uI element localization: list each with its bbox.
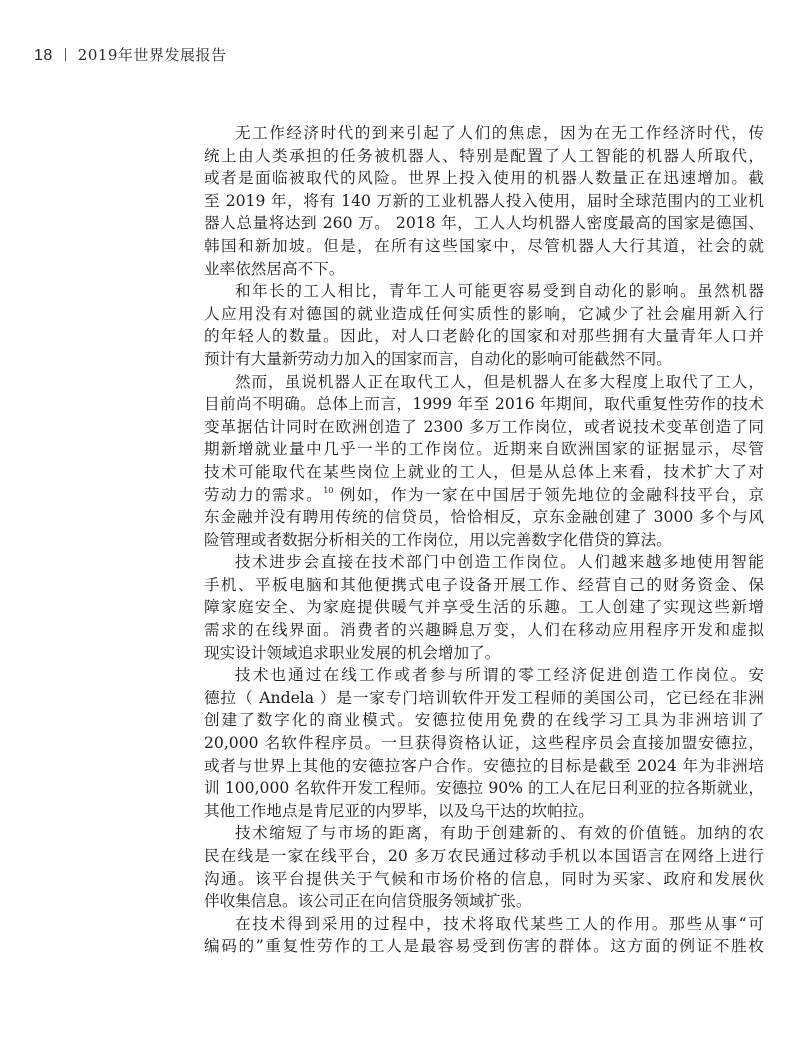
text-line: 技术进步会直接在技术部门中创造工作岗位。人们越来越多地使用智能 <box>204 551 764 574</box>
text-line: 编码的”重复性劳作的工人是最容易受到伤害的群体。这方面的例证不胜枚 <box>204 935 764 958</box>
text-line: 技术缩短了与市场的距离，有助于创建新的、有效的价值链。加纳的农 <box>204 822 764 845</box>
text-line: 20,000 名软件程序员。一旦获得资格认证，这些程序员会直接加盟安德拉， <box>204 732 764 755</box>
text-line: 和年长的工人相比，青年工人可能更容易受到自动化的影响。虽然机器 <box>204 280 764 303</box>
text-line: 德拉（ Andela ）是一家专门培训软件开发工程师的美国公司，它已经在非洲 <box>204 687 764 710</box>
running-header: 182019年世界发展报告 <box>34 44 226 65</box>
paragraph-6: 技术缩短了与市场的距离，有助于创建新的、有效的价值链。加纳的农 民在线是一家在线… <box>204 822 764 912</box>
text-line: 技术也通过在线工作或者参与所谓的零工经济促进创造工作岗位。安 <box>204 664 764 687</box>
text-line: 其他工作地点是肯尼亚的内罗毕，以及乌干达的坎帕拉。 <box>204 800 764 823</box>
text-line: 障家庭安全、为家庭提供暖气并享受生活的乐趣。工人创建了实现这些新增 <box>204 596 764 619</box>
text-line: 技术可能取代在某些岗位上就业的工人，但是从总体上来看，技术扩大了对 <box>204 461 764 484</box>
text-line: 然而，虽说机器人正在取代工人，但是机器人在多大程度上取代了工人， <box>204 371 764 394</box>
text-line: 至 2019 年，将有 140 万新的工业机器人投入使用，届时全球范围内的工业机 <box>204 190 764 213</box>
text-line: 险管理或者数据分析相关的工作岗位，用以完善数字化借贷的算法。 <box>204 529 764 552</box>
text-line-with-footnote: 劳动力的需求。10 例如，作为一家在中国居于领先地位的金融科技平台，京 <box>204 484 764 507</box>
text-line: 手机、平板电脑和其他便携式电子设备开展工作、经营自己的财务资金、保 <box>204 574 764 597</box>
text-line: 东金融并没有聘用传统的信贷员，恰恰相反，京东金融创建了 3000 多个与风 <box>204 506 764 529</box>
text-line: 沟通。该平台提供关于气候和市场价格的信息，同时为买家、政府和发展伙 <box>204 868 764 891</box>
text-line: 统上由人类承担的任务被机器人、特别是配置了人工智能的机器人所取代， <box>204 145 764 168</box>
text-line: 现实设计领域追求职业发展的机会增加了。 <box>204 642 764 665</box>
footnote-reference[interactable]: 10 <box>323 486 333 495</box>
text-line: 民在线是一家在线平台，20 多万农民通过移动手机以本国语言在网络上进行 <box>204 845 764 868</box>
text-line: 韩国和新加坡。但是，在所有这些国家中，尽管机器人大行其道，社会的就 <box>204 235 764 258</box>
text-line: 目前尚不明确。总体上而言，1999 年至 2016 年期间，取代重复性劳作的技术 <box>204 393 764 416</box>
page-number: 18 <box>34 47 53 64</box>
text-line: 变革据估计同时在欧洲创造了 2300 多万工作岗位，或者说技术变革创造了同 <box>204 416 764 439</box>
text-line: 人应用没有对德国的就业造成任何实质性的影响，它减少了社会雇用新入行 <box>204 303 764 326</box>
text-line: 的年轻人的数量。因此，对人口老龄化的国家和对那些拥有大量青年人口并 <box>204 325 764 348</box>
paragraph-2: 和年长的工人相比，青年工人可能更容易受到自动化的影响。虽然机器 人应用没有对德国… <box>204 280 764 370</box>
paragraph-1: 无工作经济时代的到来引起了人们的焦虑，因为在无工作经济时代，传 统上由人类承担的… <box>204 122 764 280</box>
text-line: 或者是面临被取代的风险。世界上投入使用的机器人数量正在迅速增加。截 <box>204 167 764 190</box>
paragraph-4: 技术进步会直接在技术部门中创造工作岗位。人们越来越多地使用智能 手机、平板电脑和… <box>204 551 764 664</box>
text-line: 期新增就业量中几乎一半的工作岗位。近期来自欧洲国家的证据显示，尽管 <box>204 438 764 461</box>
text-line: 无工作经济时代的到来引起了人们的焦虑，因为在无工作经济时代，传 <box>204 122 764 145</box>
paragraph-7: 在技术得到采用的过程中，技术将取代某些工人的作用。那些从事“可 编码的”重复性劳… <box>204 913 764 958</box>
text-segment: 劳动力的需求。 <box>204 486 323 504</box>
text-line: 伴收集信息。该公司正在向信贷服务领域扩张。 <box>204 890 764 913</box>
text-line: 业率依然居高不下。 <box>204 258 764 281</box>
body-text: 无工作经济时代的到来引起了人们的焦虑，因为在无工作经济时代，传 统上由人类承担的… <box>204 122 764 958</box>
text-line: 预计有大量新劳动力加入的国家而言，自动化的影响可能截然不同。 <box>204 348 764 371</box>
paragraph-3: 然而，虽说机器人正在取代工人，但是机器人在多大程度上取代了工人， 目前尚不明确。… <box>204 371 764 552</box>
header-divider <box>65 48 66 61</box>
text-line: 训 100,000 名软件开发工程师。安德拉 90% 的工人在尼日利亚的拉各斯就… <box>204 777 764 800</box>
text-line: 或者与世界上其他的安德拉客户合作。安德拉的目标是截至 2024 年为非洲培 <box>204 755 764 778</box>
text-line: 需求的在线界面。消费者的兴趣瞬息万变，人们在移动应用程序开发和虚拟 <box>204 619 764 642</box>
text-line: 器人总量将达到 260 万。 2018 年，工人人均机器人密度最高的国家是德国、 <box>204 212 764 235</box>
book-title: 2019年世界发展报告 <box>78 46 227 64</box>
text-line: 创建了数字化的商业模式。安德拉使用免费的在线学习工具为非洲培训了 <box>204 709 764 732</box>
paragraph-5: 技术也通过在线工作或者参与所谓的零工经济促进创造工作岗位。安 德拉（ Andel… <box>204 664 764 822</box>
text-segment: 例如，作为一家在中国居于领先地位的金融科技平台，京 <box>340 486 764 504</box>
text-line: 在技术得到采用的过程中，技术将取代某些工人的作用。那些从事“可 <box>204 913 764 936</box>
